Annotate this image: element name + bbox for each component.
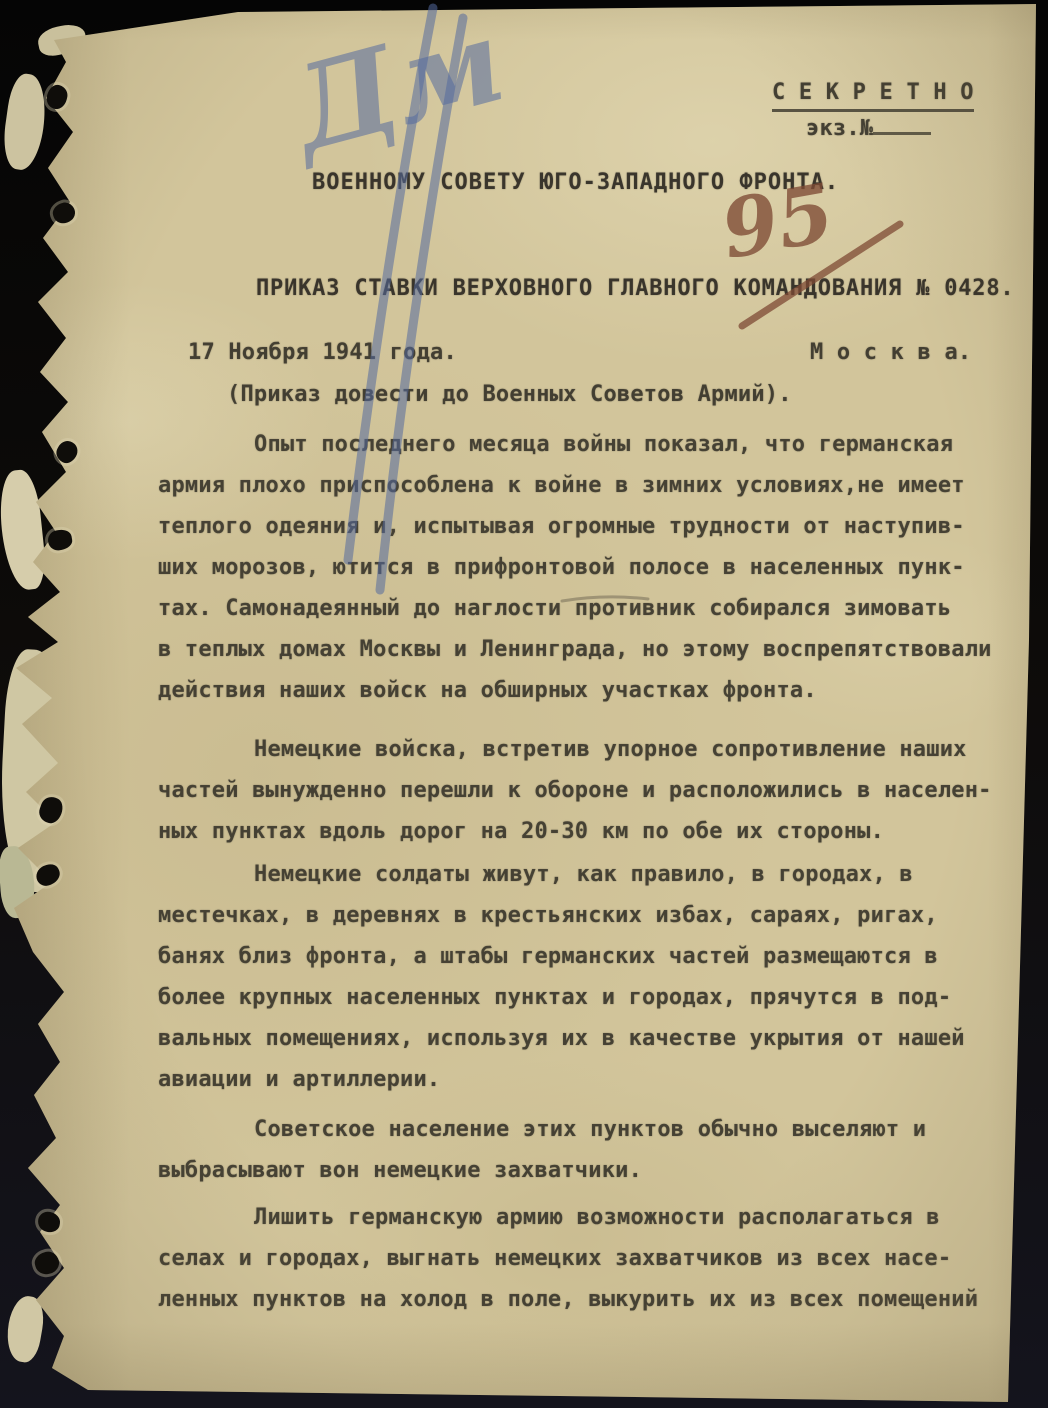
text-line: действия наших войск на обширных участка… — [158, 670, 1020, 711]
text-line: банях близ фронта, а штабы германских ча… — [158, 936, 1020, 977]
order-title: ПРИКАЗ СТАВКИ ВЕРХОВНОГО ГЛАВНОГО КОМАНД… — [256, 276, 1014, 301]
distribution-note: (Приказ довести до Военных Советов Армий… — [227, 382, 792, 407]
paragraph: Лишить германскую армию возможности расп… — [158, 1197, 1020, 1320]
text-line: более крупных населенных пунктах и город… — [158, 977, 1020, 1018]
text-line: теплого одеяния и, испытывая огромные тр… — [158, 506, 1020, 547]
text-line: ленных пунктов на холод в поле, выкурить… — [158, 1279, 1020, 1320]
text-line: Немецкие солдаты живут, как правило, в г… — [158, 854, 1020, 895]
classification-stamp: С Е К Р Е Т Н О — [772, 80, 974, 112]
paragraph: Немецкие солдаты живут, как правило, в г… — [158, 854, 1020, 1100]
addressee-line: ВОЕННОМУ СОВЕТУ ЮГО-ЗАПАДНОГО ФРОНТА. — [312, 170, 839, 195]
paragraph: Немецкие войска, встретив упорное сопрот… — [158, 729, 1020, 852]
copy-number-blank — [873, 116, 931, 135]
text-line: частей вынужденно перешли к обороне и ра… — [158, 770, 1020, 811]
torn-paper-fragment — [0, 72, 50, 172]
text-line: ших морозов, ютится в прифронтовой полос… — [158, 547, 1020, 588]
text-line: выбрасывают вон немецкие захватчики. — [158, 1150, 1020, 1191]
order-place: М о с к в а. — [810, 340, 971, 365]
text-line: авиации и артиллерии. — [158, 1059, 1020, 1100]
paragraph: Опыт последнего месяца войны показал, чт… — [158, 424, 1020, 711]
copy-number-line: экз.№ — [806, 116, 931, 141]
text-line: армия плохо приспособлена к войне в зимн… — [158, 465, 1020, 506]
text-line: вальных помещениях, используя их в качес… — [158, 1018, 1020, 1059]
document-page: С Е К Р Е Т Н О экз.№ ВОЕННОМУ СОВЕТУ ЮГ… — [0, 0, 1048, 1408]
paragraph: Советское население этих пунктов обычно … — [158, 1109, 1020, 1191]
torn-paper-fragment — [0, 468, 48, 592]
copy-number-label: экз.№ — [806, 116, 873, 141]
text-line: тах. Самонадеянный до наглости противник… — [158, 588, 1020, 629]
text-line: ных пунктах вдоль дорог на 20-30 км по о… — [158, 811, 1020, 852]
text-line: Немецкие войска, встретив упорное сопрот… — [158, 729, 1020, 770]
text-line: местечках, в деревнях в крестьянских изб… — [158, 895, 1020, 936]
text-line: селах и городах, выгнать немецких захват… — [158, 1238, 1020, 1279]
text-line: Советское население этих пунктов обычно … — [158, 1109, 1020, 1150]
text-line: в теплых домах Москвы и Ленинграда, но э… — [158, 629, 1020, 670]
text-line: Опыт последнего месяца войны показал, чт… — [158, 424, 1020, 465]
scanned-document-background: С Е К Р Е Т Н О экз.№ ВОЕННОМУ СОВЕТУ ЮГ… — [0, 0, 1048, 1408]
text-line: Лишить германскую армию возможности расп… — [158, 1197, 1020, 1238]
order-date: 17 Ноября 1941 года. — [188, 340, 457, 365]
